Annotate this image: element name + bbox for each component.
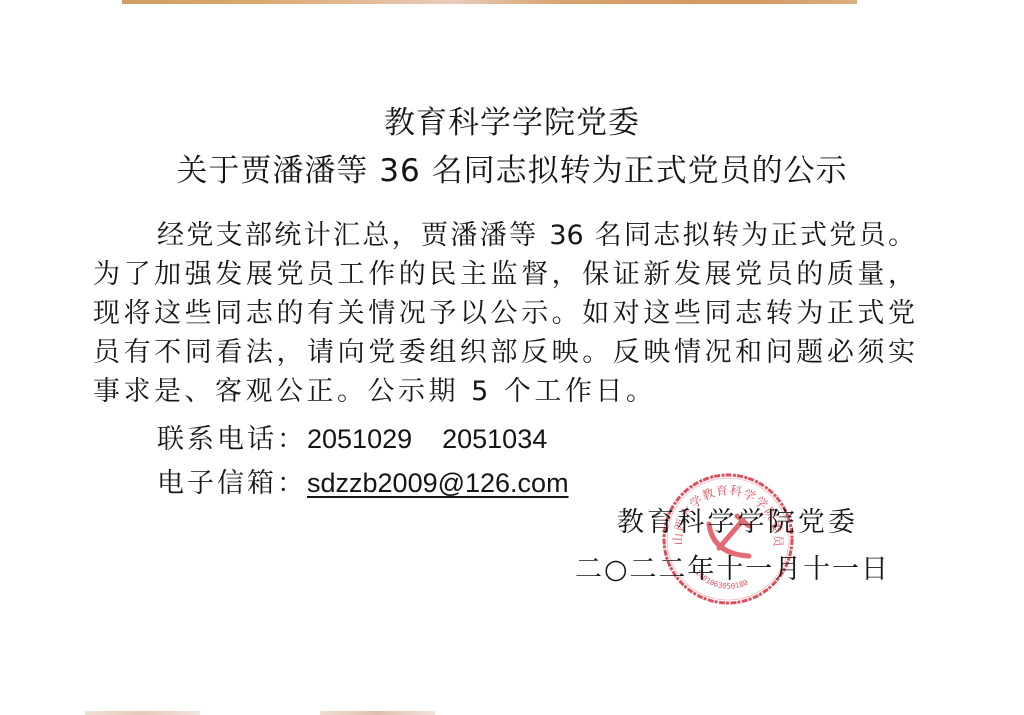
body-paragraph-line: 现将这些同志的有关情况予以公示。如对这些同志转为正式党	[93, 296, 915, 332]
contact-email-row: 电子信箱：sdzzb2009@126.com	[157, 465, 569, 502]
document-title-subject: 关于贾潘潘等 36 名同志拟转为正式党员的公示	[0, 152, 1024, 190]
document-title-org: 教育科学学院党委	[0, 104, 1024, 142]
paper-edge-bottom-right	[320, 711, 435, 715]
signature-date: 二○二二年十一月十一日	[575, 552, 888, 588]
paper-edge-bottom-left	[85, 711, 200, 715]
body-paragraph-line: 为了加强发展党员工作的民主监督，保证新发展党员的质量，	[93, 257, 915, 293]
body-paragraph-line: 事求是、客观公正。公示期 5 个工作日。	[93, 374, 915, 410]
contact-phone-row: 联系电话：2051029 2051034	[157, 421, 547, 458]
phone-numbers: 2051029 2051034	[307, 424, 547, 454]
signature-org: 教育科学学院党委	[617, 505, 855, 541]
email-label: 电子信箱：	[157, 468, 307, 499]
email-link[interactable]: sdzzb2009@126.com	[307, 468, 569, 498]
body-paragraph-line: 员有不同看法，请向党委组织部反映。反映情况和问题必须实	[93, 335, 915, 371]
body-paragraph-line: 经党支部统计汇总，贾潘潘等 36 名同志拟转为正式党员。	[157, 218, 915, 254]
phone-label: 联系电话：	[157, 424, 307, 455]
paper-edge-top	[122, 0, 857, 4]
